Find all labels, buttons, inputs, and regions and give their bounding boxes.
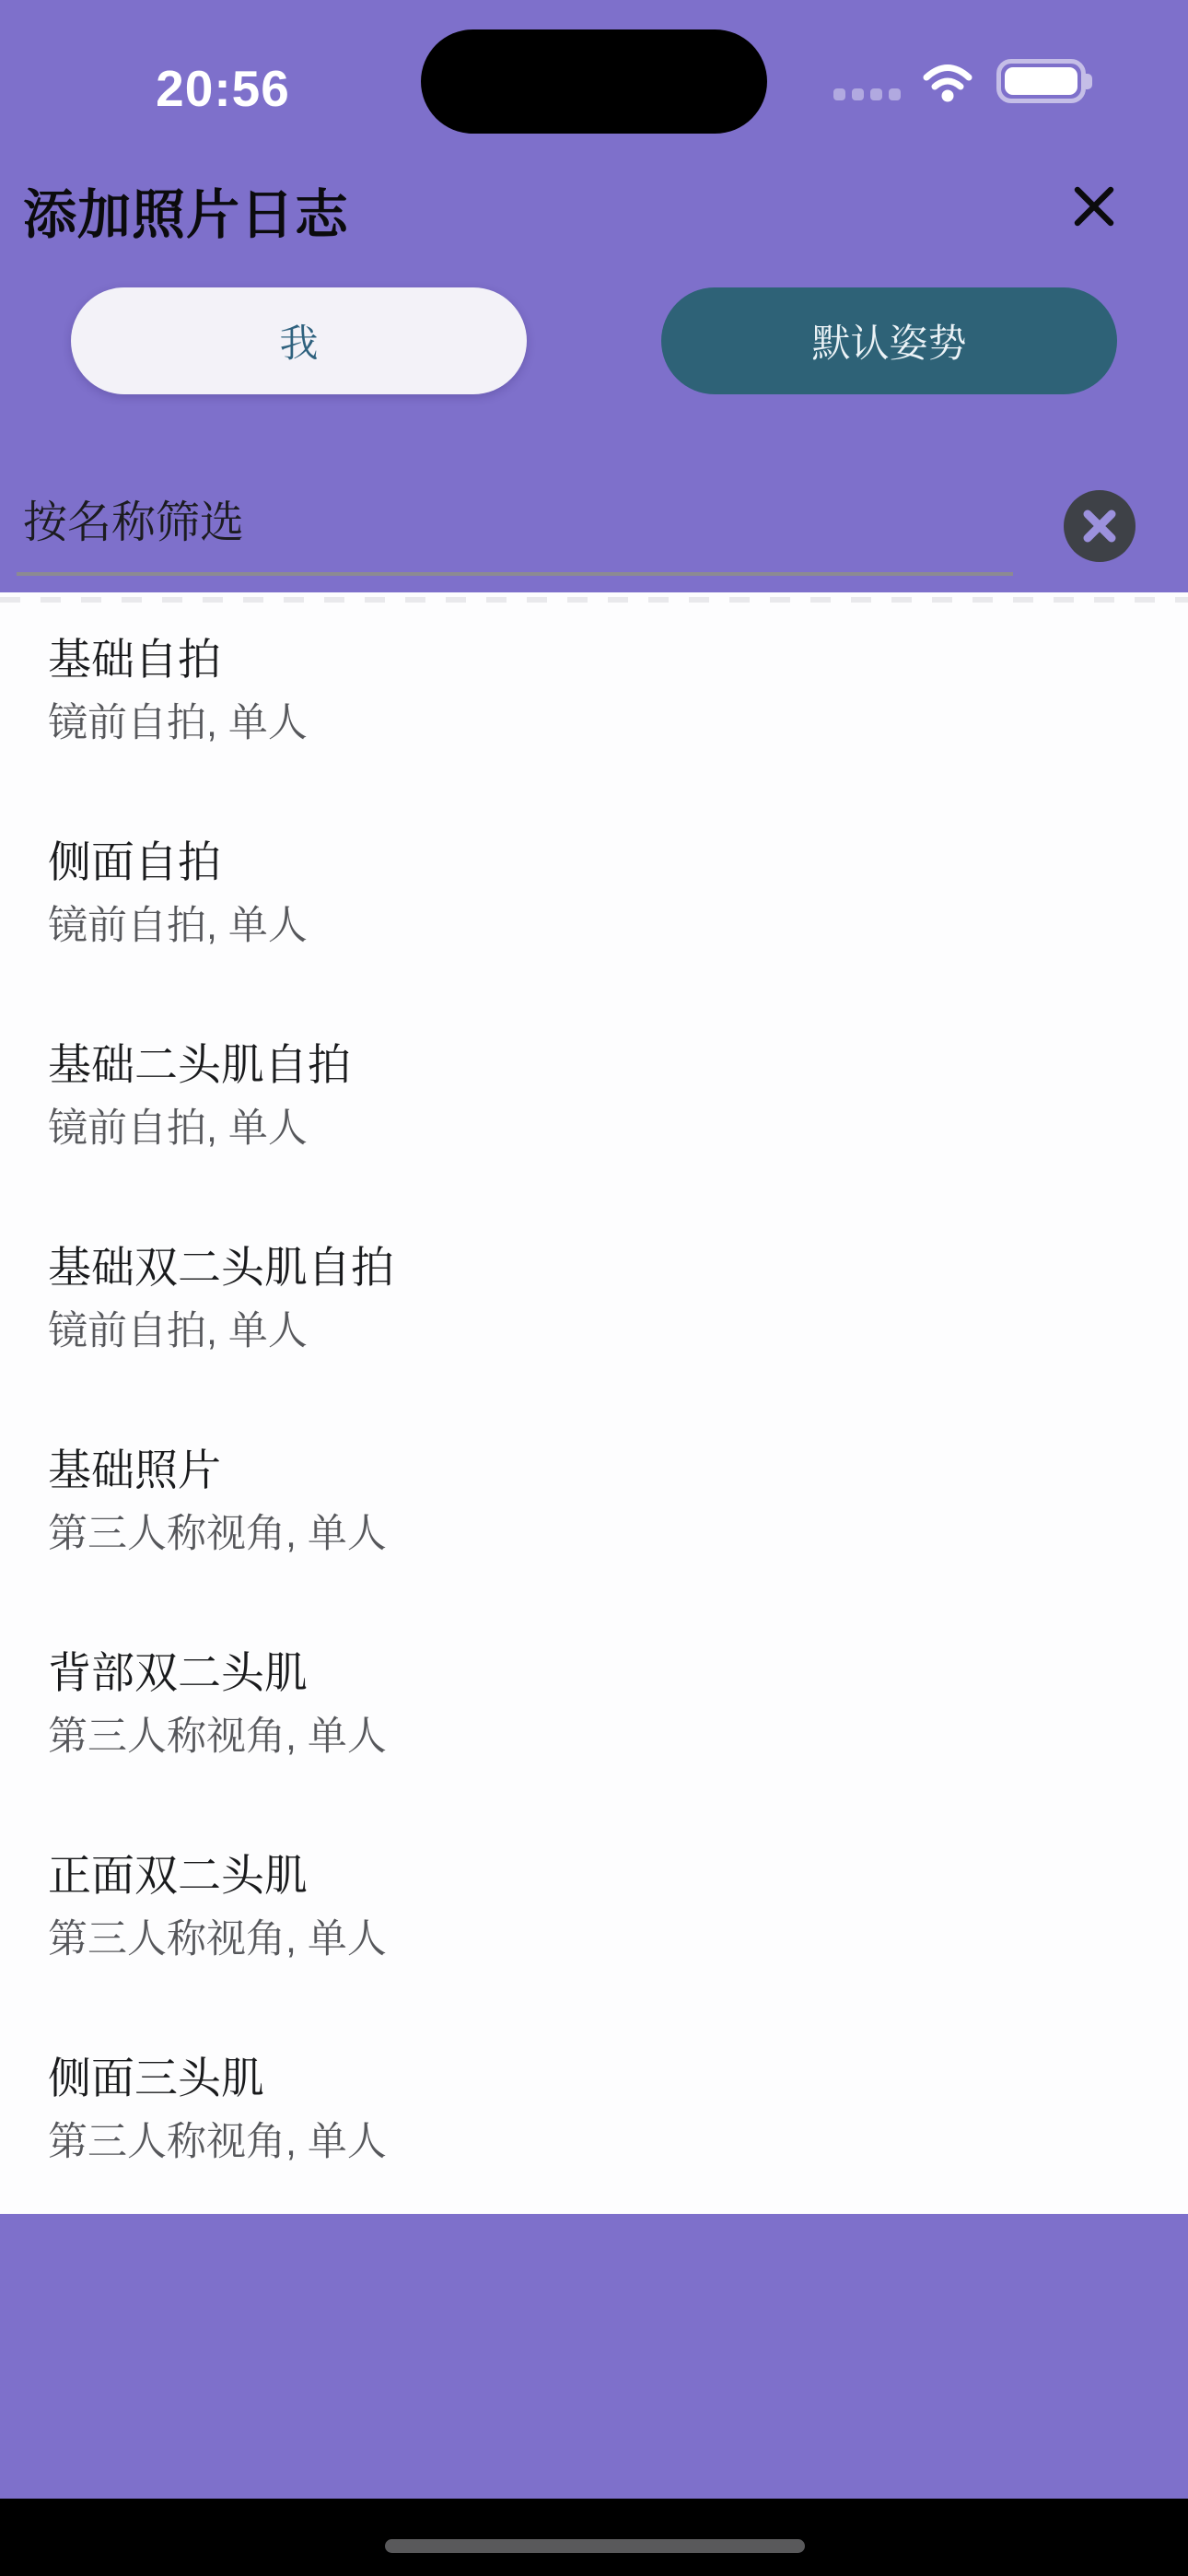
wifi-icon <box>921 62 974 102</box>
page-title: 添加照片日志 <box>23 171 349 249</box>
dynamic-island <box>421 29 767 134</box>
status-bar-right <box>833 53 1101 105</box>
list-item[interactable]: 基础照片 第三人称视角, 单人 <box>0 1427 1188 1630</box>
pose-subtitle: 镜前自拍, 单人 <box>48 1304 1151 1359</box>
list-item[interactable]: 背部双二头肌 第三人称视角, 单人 <box>0 1630 1188 1832</box>
list-item[interactable]: 侧面三头肌 第三人称视角, 单人 <box>0 2035 1188 2238</box>
status-bar-time: 20:56 <box>120 59 326 118</box>
bottom-bar <box>0 2499 1188 2576</box>
pose-title: 背部双二头肌 <box>48 1645 1151 1702</box>
list-item[interactable]: 基础双二头肌自拍 镜前自拍, 单人 <box>0 1224 1188 1427</box>
default-pose-tab-button[interactable]: 默认姿势 <box>661 287 1117 394</box>
panel-top-divider <box>0 597 1188 603</box>
pose-subtitle: 第三人称视角, 单人 <box>48 1709 1151 1764</box>
list-item[interactable]: 正面双二头肌 第三人称视角, 单人 <box>0 1832 1188 2035</box>
pose-subtitle: 第三人称视角, 单人 <box>48 2114 1151 2170</box>
x-mark-circle-icon <box>1081 508 1118 544</box>
filter-field[interactable] <box>17 465 1013 576</box>
pose-title: 正面双二头肌 <box>48 1847 1151 1904</box>
pose-subtitle: 镜前自拍, 单人 <box>48 696 1151 751</box>
list-item[interactable]: 基础二头肌自拍 镜前自拍, 单人 <box>0 1022 1188 1224</box>
filter-by-name-input[interactable] <box>17 465 1013 572</box>
pose-title: 基础照片 <box>48 1442 1151 1499</box>
pose-subtitle: 镜前自拍, 单人 <box>48 1101 1151 1156</box>
list-item[interactable]: 基础自拍 镜前自拍, 单人 <box>0 616 1188 819</box>
pose-title: 基础双二头肌自拍 <box>48 1239 1151 1296</box>
list-item[interactable]: 侧面自拍 镜前自拍, 单人 <box>0 819 1188 1022</box>
pose-subtitle: 第三人称视角, 单人 <box>48 1912 1151 1967</box>
x-mark-icon <box>1071 183 1117 229</box>
battery-full-icon <box>996 59 1086 103</box>
pose-title: 基础二头肌自拍 <box>48 1036 1151 1094</box>
pose-title: 侧面自拍 <box>48 834 1151 891</box>
me-tab-button[interactable]: 我 <box>71 287 527 394</box>
clear-filter-button[interactable] <box>1064 490 1136 562</box>
close-button[interactable] <box>1061 173 1127 240</box>
pose-subtitle: 第三人称视角, 单人 <box>48 1506 1151 1562</box>
pose-list-panel: 基础自拍 镜前自拍, 单人 侧面自拍 镜前自拍, 单人 基础二头肌自拍 镜前自拍… <box>0 592 1188 2214</box>
pose-subtitle: 镜前自拍, 单人 <box>48 898 1151 954</box>
cellular-dots-icon <box>833 88 901 100</box>
home-indicator[interactable] <box>385 2539 805 2553</box>
add-photo-log-screen: 20:56 添加照片日志 我 默认姿势 <box>0 0 1188 2576</box>
footer-spacer <box>0 2214 1188 2499</box>
pose-title: 基础自拍 <box>48 631 1151 688</box>
pose-title: 侧面三头肌 <box>48 2050 1151 2107</box>
